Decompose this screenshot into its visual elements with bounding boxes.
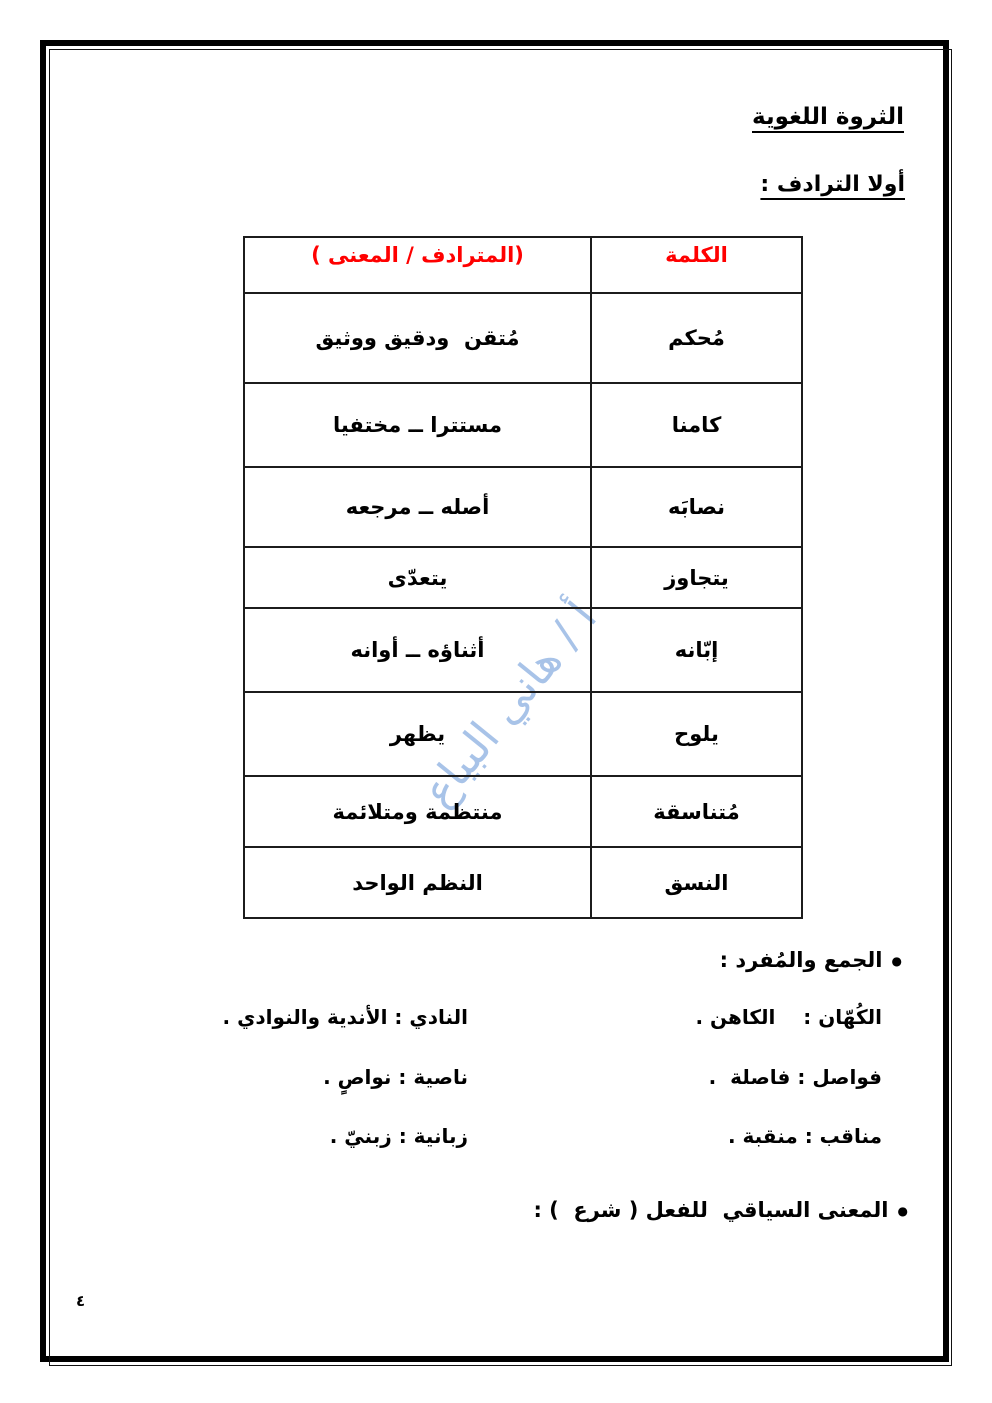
page-number: ٤ [76, 1292, 85, 1310]
plural-pairs-list: الكُهّان : الكاهن .النادي : الأندية والن… [0, 0, 992, 1403]
plural-pair-left: زبانية : زبنيّ . [330, 1124, 468, 1148]
plural-pair-right: مناقب : منقبة . [728, 1124, 882, 1148]
plural-pair-row: فواصل : فاصلة .ناصية : نواصٍ . [0, 1065, 992, 1095]
plural-pair-left: ناصية : نواصٍ . [323, 1065, 468, 1089]
document-page: أ / هاني البياع الثروة اللغوية أولا التر… [0, 0, 992, 1403]
plural-pair-left: النادي : الأندية والنوادي . [223, 1005, 468, 1029]
bullet-icon: ● [898, 1205, 908, 1217]
plural-pair-row: الكُهّان : الكاهن .النادي : الأندية والن… [0, 1005, 992, 1035]
plural-pair-row: مناقب : منقبة .زبانية : زبنيّ . [0, 1124, 992, 1154]
section-heading-contextual: ● المعنى السياقي للفعل ( شرع ) : [533, 1198, 908, 1222]
plural-pair-right: فواصل : فاصلة . [709, 1065, 882, 1089]
contextual-heading-label: المعنى السياقي للفعل ( شرع ) : [533, 1198, 888, 1222]
plural-pair-right: الكُهّان : الكاهن . [695, 1005, 882, 1029]
